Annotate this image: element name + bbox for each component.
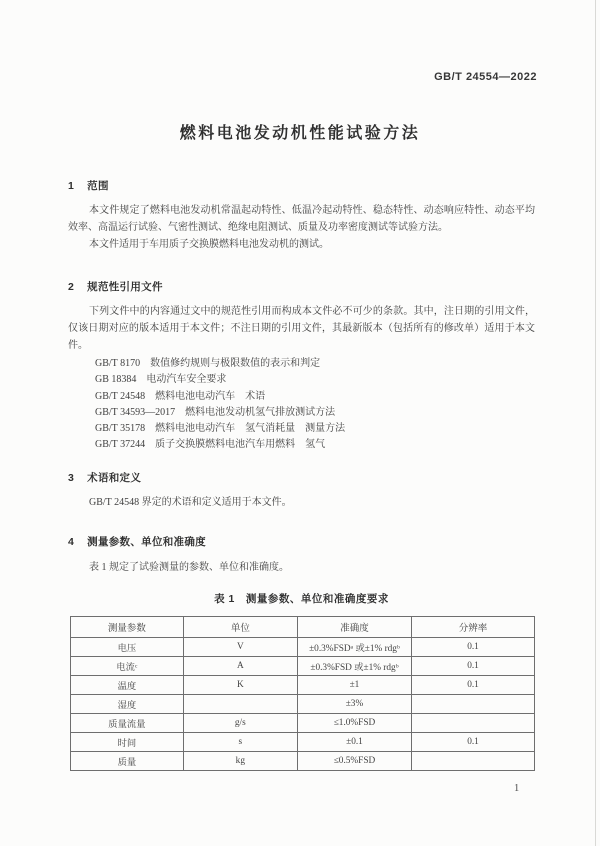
cell-accuracy: ≤1.0%FSD: [297, 714, 411, 733]
cell-resolution: 0.1: [412, 657, 535, 676]
cell-accuracy: ±0.1: [297, 733, 411, 752]
section-2-intro: 下列文件中的内容通过文中的规范性引用而构成本文件必不可少的条款。其中，注日期的引…: [68, 303, 535, 354]
standard-number: GB/T 24554—2022: [0, 71, 537, 83]
column-header-resolution: 分辨率: [412, 617, 535, 638]
section-1-heading: 1范围: [68, 178, 535, 193]
section-3-body: GB/T 24548 界定的术语和定义适用于本文件。: [68, 494, 535, 511]
table-row: 时间 s ±0.1 0.1: [71, 733, 535, 752]
cell-resolution: 0.1: [412, 638, 535, 657]
cell-param: 电流ᶜ: [71, 657, 184, 676]
section-4-paragraph: 表 1 规定了试验测量的参数、单位和准确度。: [68, 559, 535, 576]
section-4-label: 测量参数、单位和准确度: [87, 534, 206, 549]
table-header-row: 测量参数 单位 准确度 分辨率: [71, 617, 535, 638]
cell-accuracy: ±0.3%FSDᵃ 或±1% rdgᵇ: [297, 638, 411, 657]
cell-param: 质量: [71, 752, 184, 771]
section-3-label: 术语和定义: [87, 470, 141, 485]
cell-param: 电压: [71, 638, 184, 657]
cell-resolution: [412, 752, 535, 771]
column-header-param: 测量参数: [71, 617, 184, 638]
cell-unit: [183, 695, 297, 714]
section-2-label: 规范性引用文件: [87, 279, 163, 294]
section-4-number: 4: [68, 536, 74, 548]
section-1-number: 1: [68, 180, 74, 192]
section-2-heading: 2规范性引用文件: [68, 279, 535, 294]
page-number: 1: [514, 783, 519, 794]
reference-item: GB/T 24548 燃料电池电动汽车 术语: [95, 389, 535, 405]
cell-accuracy: ±3%: [297, 695, 411, 714]
table-row: 质量 kg ≤0.5%FSD: [71, 752, 535, 771]
cell-param: 质量流量: [71, 714, 184, 733]
section-1-body: 本文件规定了燃料电池发动机常温起动特性、低温冷起动特性、稳态特性、动态响应特性、…: [68, 202, 535, 253]
section-1-paragraph-2: 本文件适用于车用质子交换膜燃料电池发动机的测试。: [68, 236, 535, 253]
cell-resolution: [412, 695, 535, 714]
section-3-number: 3: [68, 472, 74, 484]
cell-resolution: [412, 714, 535, 733]
cell-unit: g/s: [183, 714, 297, 733]
cell-param: 温度: [71, 676, 184, 695]
reference-item: GB 18384 电动汽车安全要求: [95, 372, 535, 388]
cell-unit: A: [183, 657, 297, 676]
table-row: 电压 V ±0.3%FSDᵃ 或±1% rdgᵇ 0.1: [71, 638, 535, 657]
section-3-paragraph: GB/T 24548 界定的术语和定义适用于本文件。: [68, 494, 535, 511]
cell-unit: K: [183, 676, 297, 695]
section-2-number: 2: [68, 281, 74, 293]
normative-references-list: GB/T 8170 数值修约规则与极限数值的表示和判定 GB 18384 电动汽…: [95, 356, 535, 454]
reference-item: GB/T 35178 燃料电池电动汽车 氢气消耗量 测量方法: [95, 421, 535, 437]
cell-unit: kg: [183, 752, 297, 771]
cell-resolution: 0.1: [412, 733, 535, 752]
reference-item: GB/T 8170 数值修约规则与极限数值的表示和判定: [95, 356, 535, 372]
document-title: 燃料电池发动机性能试验方法: [0, 120, 600, 143]
cell-accuracy: ±1: [297, 676, 411, 695]
reference-item: GB/T 34593—2017 燃料电池发动机氢气排放测试方法: [95, 405, 535, 421]
cell-accuracy: ≤0.5%FSD: [297, 752, 411, 771]
section-4-heading: 4测量参数、单位和准确度: [68, 534, 535, 549]
cell-param: 湿度: [71, 695, 184, 714]
cell-accuracy: ±0.3%FSD 或±1% rdgᵇ: [297, 657, 411, 676]
column-header-accuracy: 准确度: [297, 617, 411, 638]
table-row: 质量流量 g/s ≤1.0%FSD: [71, 714, 535, 733]
section-1-paragraph-1: 本文件规定了燃料电池发动机常温起动特性、低温冷起动特性、稳态特性、动态响应特性、…: [68, 202, 535, 236]
table-1-caption: 表 1 测量参数、单位和准确度要求: [68, 591, 535, 606]
column-header-unit: 单位: [183, 617, 297, 638]
section-4-body: 表 1 规定了试验测量的参数、单位和准确度。: [68, 559, 535, 576]
cell-unit: s: [183, 733, 297, 752]
table-row: 湿度 ±3%: [71, 695, 535, 714]
table-1: 测量参数 单位 准确度 分辨率 电压 V ±0.3%FSDᵃ 或±1% rdgᵇ…: [70, 616, 535, 771]
cell-resolution: 0.1: [412, 676, 535, 695]
table-row: 电流ᶜ A ±0.3%FSD 或±1% rdgᵇ 0.1: [71, 657, 535, 676]
reference-item: GB/T 37244 质子交换膜燃料电池汽车用燃料 氢气: [95, 437, 535, 453]
table-row: 温度 K ±1 0.1: [71, 676, 535, 695]
section-3-heading: 3术语和定义: [68, 470, 535, 485]
cell-param: 时间: [71, 733, 184, 752]
document-page: GB/T 24554—2022 燃料电池发动机性能试验方法 1范围 本文件规定了…: [0, 0, 600, 846]
cell-unit: V: [183, 638, 297, 657]
section-2-body: 下列文件中的内容通过文中的规范性引用而构成本文件必不可少的条款。其中，注日期的引…: [68, 303, 535, 354]
section-1-label: 范围: [87, 178, 109, 193]
